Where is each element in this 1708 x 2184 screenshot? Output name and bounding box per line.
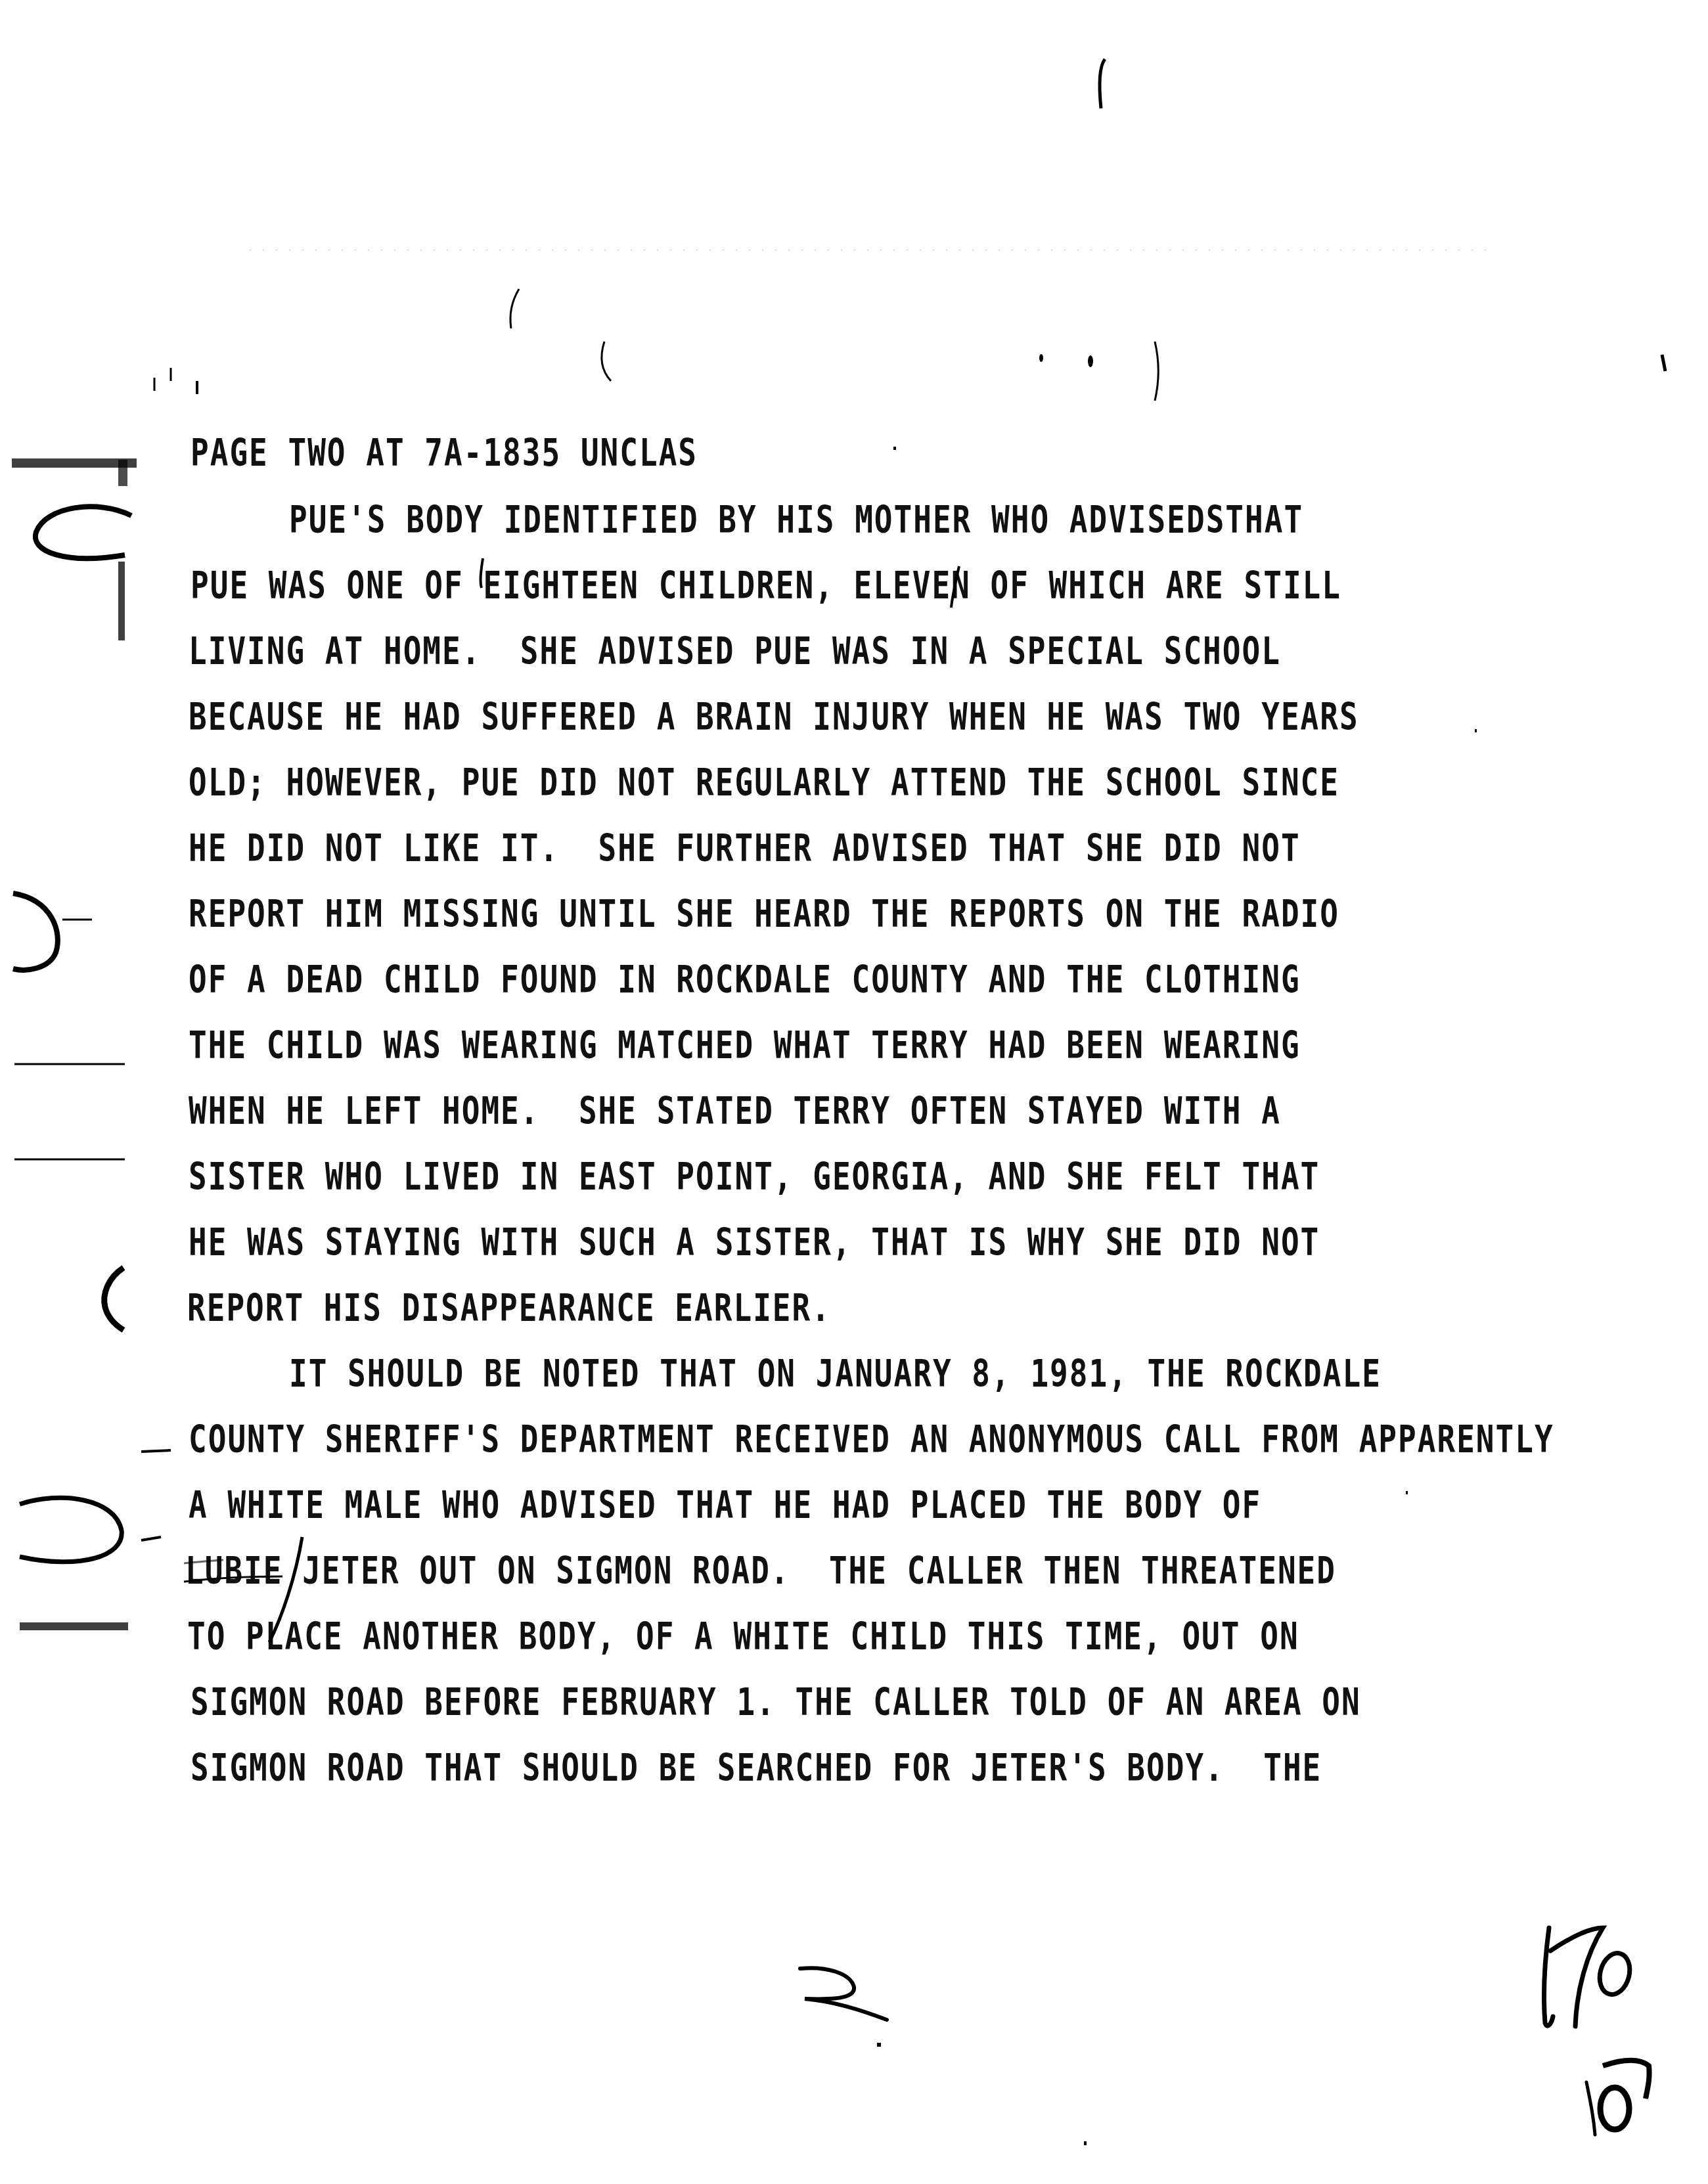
speckle [893, 447, 896, 450]
speckle [1475, 729, 1477, 732]
speckle [1406, 1491, 1408, 1494]
speckle [1084, 2141, 1087, 2145]
document-page: PAGE TWO AT 7A-1835 UNCLAS PUE'S BODY ID… [0, 0, 1708, 2184]
handwritten-page-number-2 [788, 1954, 893, 2033]
handwritten-correction-marks [0, 0, 1708, 2184]
handwritten-number-170 [1531, 1918, 1662, 2049]
handwritten-number-10 [1577, 2053, 1669, 2145]
speckle [877, 2043, 881, 2047]
